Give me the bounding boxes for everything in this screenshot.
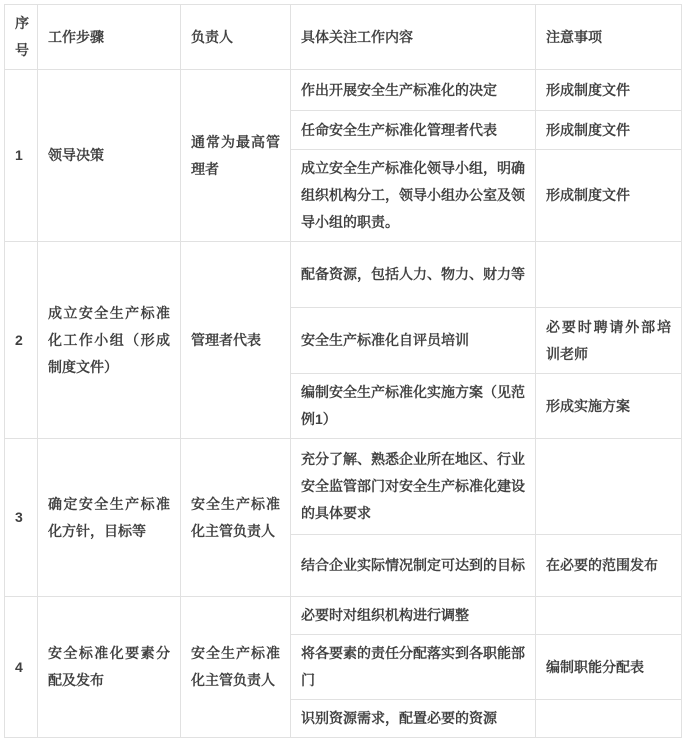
work-steps-table: 序号 工作步骤 负责人 具体关注工作内容 注意事项 1 领导决策 通常为最高管理… [4,4,682,738]
note-cell [536,700,682,738]
owner-cell: 通常为最高管理者 [181,70,291,242]
content-cell: 必要时对组织机构进行调整 [291,597,536,635]
note-cell: 形成制度文件 [536,150,682,242]
content-cell: 配备资源，包括人力、物力、财力等 [291,242,536,308]
note-cell [536,242,682,308]
work-step-cell: 成立安全生产标准化工作小组（形成制度文件） [38,242,181,439]
note-cell: 形成制度文件 [536,70,682,111]
row-number-cell: 4 [5,597,38,738]
row-number-cell: 3 [5,439,38,597]
work-step-cell: 领导决策 [38,70,181,242]
content-cell: 安全生产标准化自评员培训 [291,308,536,374]
header-step: 工作步骤 [38,5,181,70]
note-cell: 形成实施方案 [536,374,682,439]
content-cell: 成立安全生产标准化领导小组，明确组织机构分工，领导小组办公室及领导小组的职责。 [291,150,536,242]
content-cell: 结合企业实际情况制定可达到的目标 [291,535,536,597]
table-row: 2 成立安全生产标准化工作小组（形成制度文件） 管理者代表 配备资源，包括人力、… [5,242,682,308]
header-no: 序号 [5,5,38,70]
table-row: 1 领导决策 通常为最高管理者 作出开展安全生产标准化的决定 形成制度文件 [5,70,682,111]
header-owner: 负责人 [181,5,291,70]
table-row: 3 确定安全生产标准化方针，目标等 安全生产标准化主管负责人 充分了解、熟悉企业… [5,439,682,535]
content-cell: 编制安全生产标准化实施方案（见范例1） [291,374,536,439]
row-number-cell: 2 [5,242,38,439]
work-step-cell: 安全标准化要素分配及发布 [38,597,181,738]
content-cell: 作出开展安全生产标准化的决定 [291,70,536,111]
note-cell [536,597,682,635]
table-row: 4 安全标准化要素分配及发布 安全生产标准化主管负责人 必要时对组织机构进行调整 [5,597,682,635]
note-cell: 必要时聘请外部培训老师 [536,308,682,374]
owner-cell: 管理者代表 [181,242,291,439]
content-cell: 充分了解、熟悉企业所在地区、行业安全监管部门对安全生产标准化建设的具体要求 [291,439,536,535]
header-notes: 注意事项 [536,5,682,70]
note-cell [536,439,682,535]
owner-cell: 安全生产标准化主管负责人 [181,439,291,597]
row-number-cell: 1 [5,70,38,242]
content-cell: 识别资源需求，配置必要的资源 [291,700,536,738]
work-step-cell: 确定安全生产标准化方针，目标等 [38,439,181,597]
note-cell: 形成制度文件 [536,111,682,150]
note-cell: 在必要的范围发布 [536,535,682,597]
header-row: 序号 工作步骤 负责人 具体关注工作内容 注意事项 [5,5,682,70]
note-cell: 编制职能分配表 [536,635,682,700]
header-content: 具体关注工作内容 [291,5,536,70]
owner-cell: 安全生产标准化主管负责人 [181,597,291,738]
content-cell: 将各要素的责任分配落实到各职能部门 [291,635,536,700]
content-cell: 任命安全生产标准化管理者代表 [291,111,536,150]
